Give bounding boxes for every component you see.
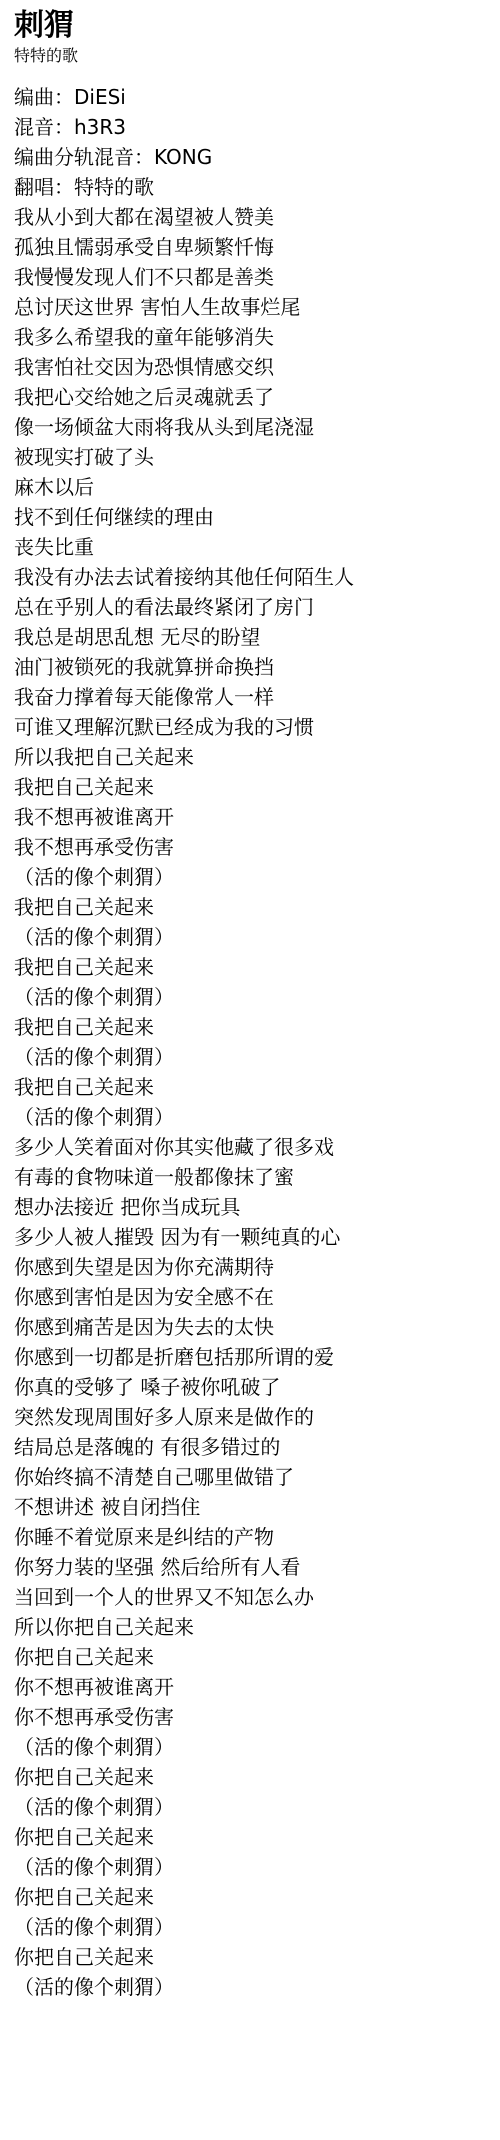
lyric-line: 结局总是落魄的 有很多错过的 (14, 1432, 500, 1462)
lyric-line: 我没有办法去试着接纳其他任何陌生人 (14, 562, 500, 592)
lyric-line: 我把自己关起来 (14, 772, 500, 802)
lyric-line: （活的像个刺猬） (14, 1102, 500, 1132)
lyric-line: 我慢慢发现人们不只都是善类 (14, 262, 500, 292)
lyric-line: 我从小到大都在渴望被人赞美 (14, 202, 500, 232)
lyric-line: 找不到任何继续的理由 (14, 502, 500, 532)
lyric-line: （活的像个刺猬） (14, 982, 500, 1012)
lyric-line: 当回到一个人的世界又不知怎么办 (14, 1582, 500, 1612)
lyric-line: （活的像个刺猬） (14, 1972, 500, 2002)
lyric-line: （活的像个刺猬） (14, 862, 500, 892)
credit-line: 混音：h3R3 (14, 112, 500, 142)
lyric-line: 你始终搞不清楚自己哪里做错了 (14, 1462, 500, 1492)
lyric-line: （活的像个刺猬） (14, 1792, 500, 1822)
lyric-line: 我奋力撑着每天能像常人一样 (14, 682, 500, 712)
lyric-line: 我不想再承受伤害 (14, 832, 500, 862)
lyric-line: 我把自己关起来 (14, 1012, 500, 1042)
lyric-line: 你感到一切都是折磨包括那所谓的爱 (14, 1342, 500, 1372)
lyric-line: 像一场倾盆大雨将我从头到尾浇湿 (14, 412, 500, 442)
lyric-line: 我把自己关起来 (14, 1072, 500, 1102)
lyric-line: 麻木以后 (14, 472, 500, 502)
lyric-line: 所以你把自己关起来 (14, 1612, 500, 1642)
lyric-line: 我把自己关起来 (14, 892, 500, 922)
lyrics-page: 刺猬 特特的歌 编曲：DiESi混音：h3R3编曲分轨混音：KONG翻唱：特特的… (0, 0, 500, 2002)
lyric-line: 总讨厌这世界 害怕人生故事烂尾 (14, 292, 500, 322)
lyric-line: 不想讲述 被自闭挡住 (14, 1492, 500, 1522)
lyric-line: 可谁又理解沉默已经成为我的习惯 (14, 712, 500, 742)
lyric-line: 多少人被人摧毁 因为有一颗纯真的心 (14, 1222, 500, 1252)
lyric-line: 多少人笑着面对你其实他藏了很多戏 (14, 1132, 500, 1162)
lyric-line: 我不想再被谁离开 (14, 802, 500, 832)
lyric-line: （活的像个刺猬） (14, 1732, 500, 1762)
lyric-line: 你感到痛苦是因为失去的太快 (14, 1312, 500, 1342)
lyric-line: 你把自己关起来 (14, 1762, 500, 1792)
lyric-line: 你努力装的坚强 然后给所有人看 (14, 1552, 500, 1582)
lyric-line: （活的像个刺猬） (14, 922, 500, 952)
lyric-line: 我把自己关起来 (14, 952, 500, 982)
lyric-line: 有毒的食物味道一般都像抹了蜜 (14, 1162, 500, 1192)
lyric-line: （活的像个刺猬） (14, 1912, 500, 1942)
lyric-line: 突然发现周围好多人原来是做作的 (14, 1402, 500, 1432)
lyric-line: 被现实打破了头 (14, 442, 500, 472)
lyric-line: （活的像个刺猬） (14, 1042, 500, 1072)
lyric-line: 丧失比重 (14, 532, 500, 562)
lyric-line: 我多么希望我的童年能够消失 (14, 322, 500, 352)
lyric-line: 你真的受够了 嗓子被你吼破了 (14, 1372, 500, 1402)
lyric-line: 你感到害怕是因为安全感不在 (14, 1282, 500, 1312)
lyric-line: 我总是胡思乱想 无尽的盼望 (14, 622, 500, 652)
lyric-line: 我害怕社交因为恐惧情感交织 (14, 352, 500, 382)
lyric-line: 你把自己关起来 (14, 1822, 500, 1852)
lyrics-container: 编曲：DiESi混音：h3R3编曲分轨混音：KONG翻唱：特特的歌我从小到大都在… (14, 82, 500, 2002)
credit-line: 编曲分轨混音：KONG (14, 142, 500, 172)
lyric-line: 你睡不着觉原来是纠结的产物 (14, 1522, 500, 1552)
lyric-line: 你感到失望是因为你充满期待 (14, 1252, 500, 1282)
lyric-line: 想办法接近 把你当成玩具 (14, 1192, 500, 1222)
lyric-line: 孤独且懦弱承受自卑频繁忏悔 (14, 232, 500, 262)
credit-line: 编曲：DiESi (14, 82, 500, 112)
page-subtitle: 特特的歌 (14, 44, 500, 68)
lyric-line: 油门被锁死的我就算拼命换挡 (14, 652, 500, 682)
lyric-line: 总在乎别人的看法最终紧闭了房门 (14, 592, 500, 622)
lyric-line: 你把自己关起来 (14, 1942, 500, 1972)
lyric-line: 你不想再被谁离开 (14, 1672, 500, 1702)
lyric-line: （活的像个刺猬） (14, 1852, 500, 1882)
lyric-line: 我把心交给她之后灵魂就丢了 (14, 382, 500, 412)
lyric-line: 你不想再承受伤害 (14, 1702, 500, 1732)
credit-line: 翻唱：特特的歌 (14, 172, 500, 202)
lyric-line: 所以我把自己关起来 (14, 742, 500, 772)
page-title: 刺猬 (14, 8, 500, 44)
lyric-line: 你把自己关起来 (14, 1882, 500, 1912)
lyric-line: 你把自己关起来 (14, 1642, 500, 1672)
